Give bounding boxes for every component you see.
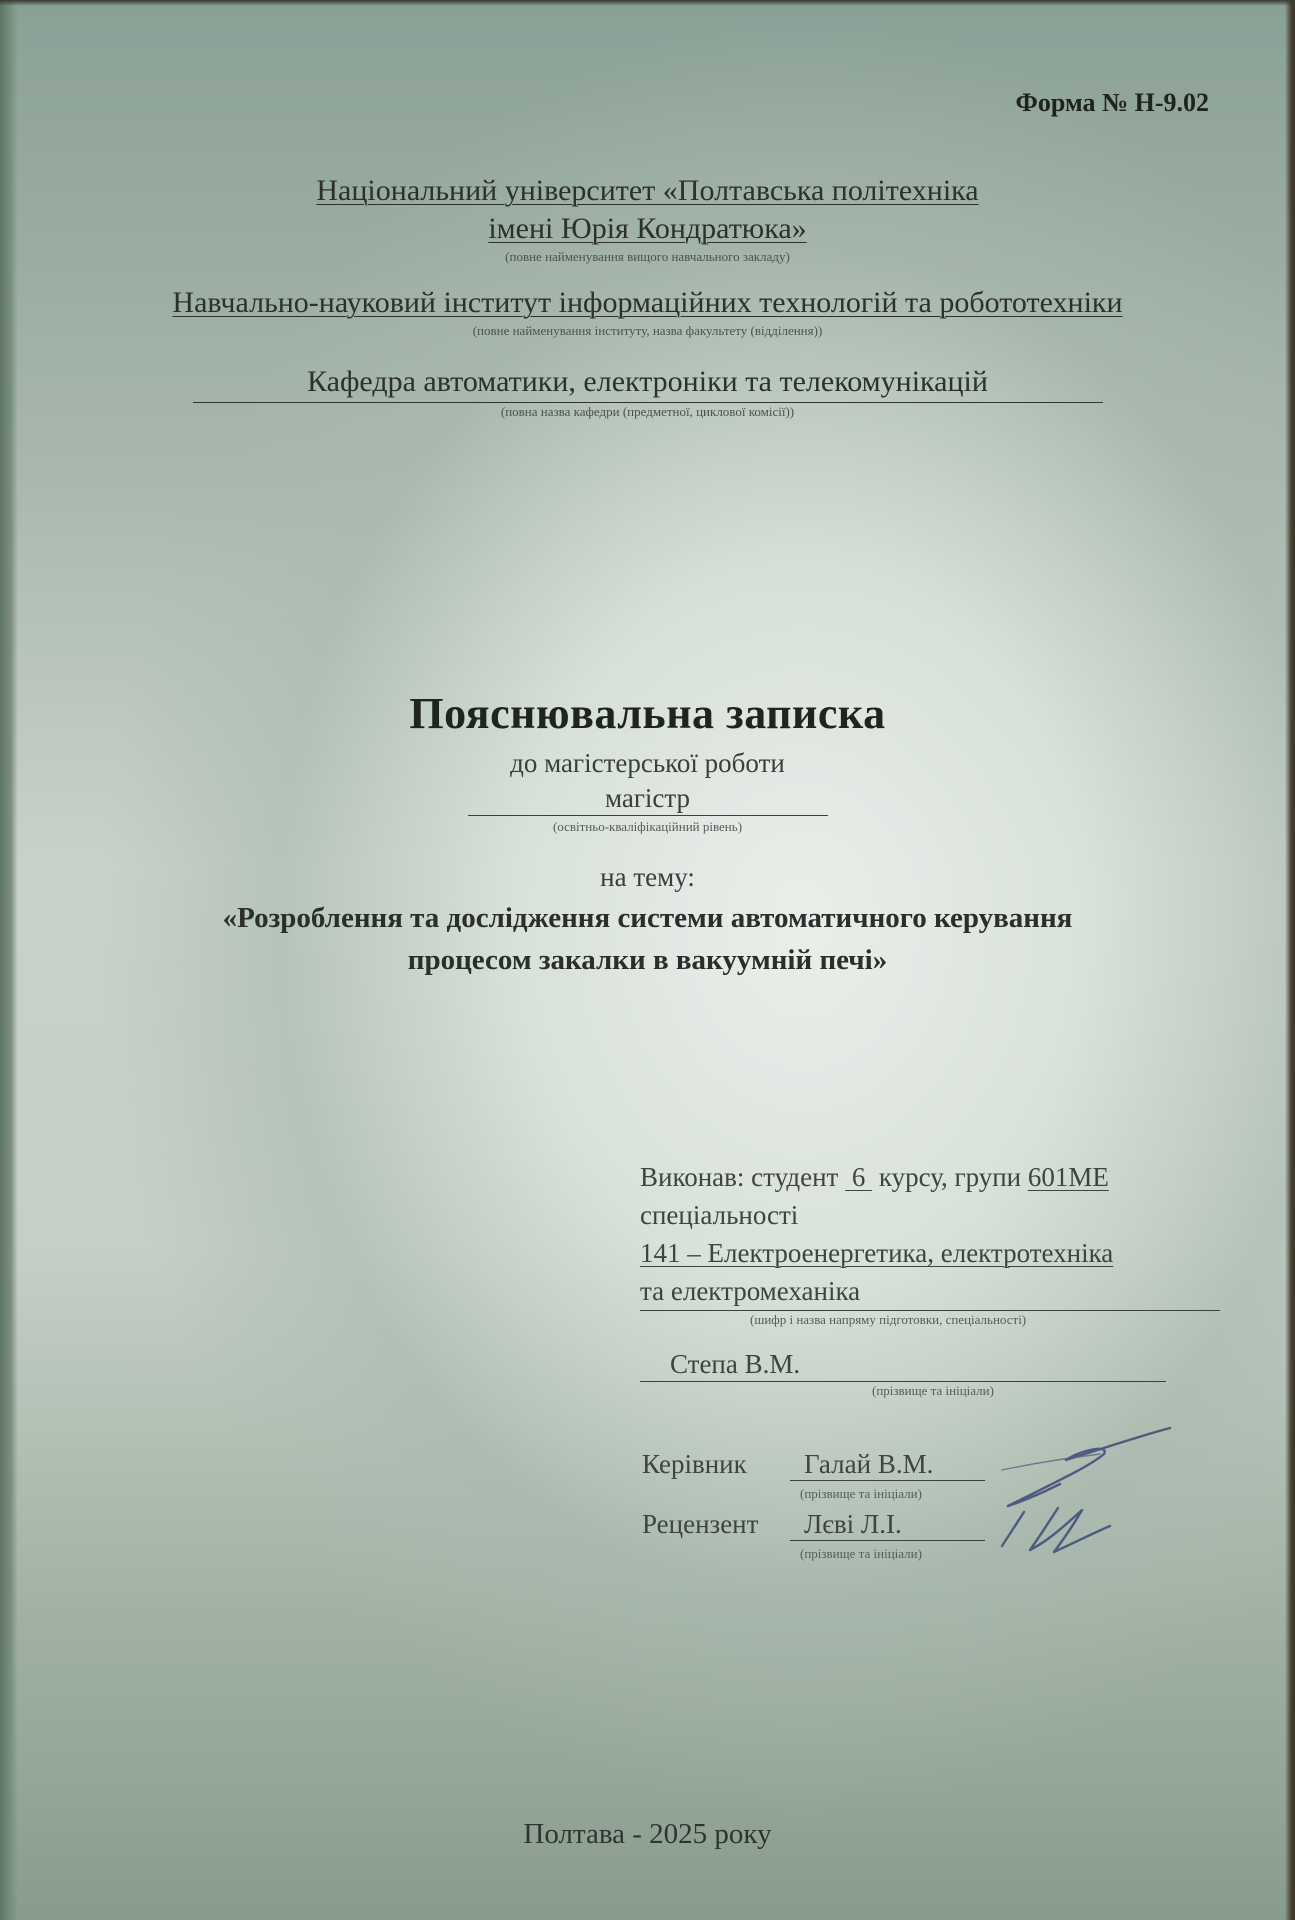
performed-by-line: Виконав: студент 6 курсу, групи 601МЕ	[640, 1158, 1230, 1196]
topic-label: на тему:	[0, 862, 1295, 893]
document-subtitle: до магістерської роботи	[0, 748, 1295, 779]
student-name-caption: (прізвище та ініціали)	[640, 1382, 1230, 1400]
course-suffix: курсу, групи	[872, 1162, 1028, 1192]
department-underline: Кафедра автоматики, електроніки та телек…	[193, 364, 1103, 403]
department-caption: (повна назва кафедри (предметної, циклов…	[0, 403, 1295, 421]
reviewer-name: Лєві Л.І.	[790, 1508, 985, 1541]
document-page: Форма № Н-9.02 Національний університет …	[0, 0, 1295, 1920]
qualification-level-caption: (освітньо-кваліфікаційний рівень)	[0, 819, 1295, 835]
reviewer-role: Рецензент	[642, 1509, 790, 1540]
student-group: 601МЕ	[1028, 1162, 1109, 1192]
university-name-line1: Національний університет «Полтавська пол…	[0, 172, 1295, 210]
student-name: Степа В.М.	[640, 1347, 1166, 1382]
university-caption: (повне найменування вищого навчального з…	[0, 248, 1295, 266]
department-name: Кафедра автоматики, електроніки та телек…	[193, 364, 1103, 400]
institute-caption: (повне найменування інституту, назва фак…	[0, 322, 1295, 340]
supervisor-role: Керівник	[642, 1449, 790, 1480]
university-block: Національний університет «Полтавська пол…	[0, 172, 1295, 266]
reviewer-row: РецензентЛєві Л.І.	[642, 1508, 985, 1541]
specialty-label: спеціальності	[640, 1196, 1230, 1234]
supervisor-caption: (прізвище та ініціали)	[800, 1486, 922, 1502]
qualification-level-value: магістр	[468, 782, 828, 816]
specialty-caption: (шифр і назва напряму підготовки, спеціа…	[640, 1311, 1230, 1329]
student-course: 6	[845, 1162, 872, 1192]
page-top-edge-shadow	[0, 0, 1295, 6]
city-year: Полтава - 2025 року	[0, 1818, 1295, 1851]
topic-line1: «Розроблення та дослідження системи авто…	[0, 897, 1295, 939]
supervisor-name: Галай В.М.	[790, 1448, 985, 1481]
form-number: Форма № Н-9.02	[1016, 88, 1209, 118]
department-block: Кафедра автоматики, електроніки та телек…	[0, 364, 1295, 421]
topic-text: «Розроблення та дослідження системи авто…	[0, 897, 1295, 981]
specialty-line1: 141 – Електроенергетика, електротехніка	[640, 1234, 1230, 1272]
signature-icon	[1000, 1410, 1200, 1570]
institute-name: Навчально-науковий інститут інформаційни…	[0, 284, 1295, 322]
reviewer-caption: (прізвище та ініціали)	[800, 1546, 922, 1562]
qualification-level-block: магістр (освітньо-кваліфікаційний рівень…	[0, 782, 1295, 835]
document-title: Пояснювальна записка	[0, 688, 1295, 739]
student-info-block: Виконав: студент 6 курсу, групи 601МЕ сп…	[640, 1158, 1230, 1400]
institute-block: Навчально-науковий інститут інформаційни…	[0, 284, 1295, 340]
university-name-line2: імені Юрія Кондратюка»	[0, 210, 1295, 248]
specialty-line2: та електромеханіка	[640, 1272, 1220, 1311]
topic-line2: процесом закалки в вакуумній печі»	[0, 939, 1295, 981]
supervisor-row: КерівникГалай В.М.	[642, 1448, 985, 1481]
performed-prefix: Виконав: студент	[640, 1162, 845, 1192]
